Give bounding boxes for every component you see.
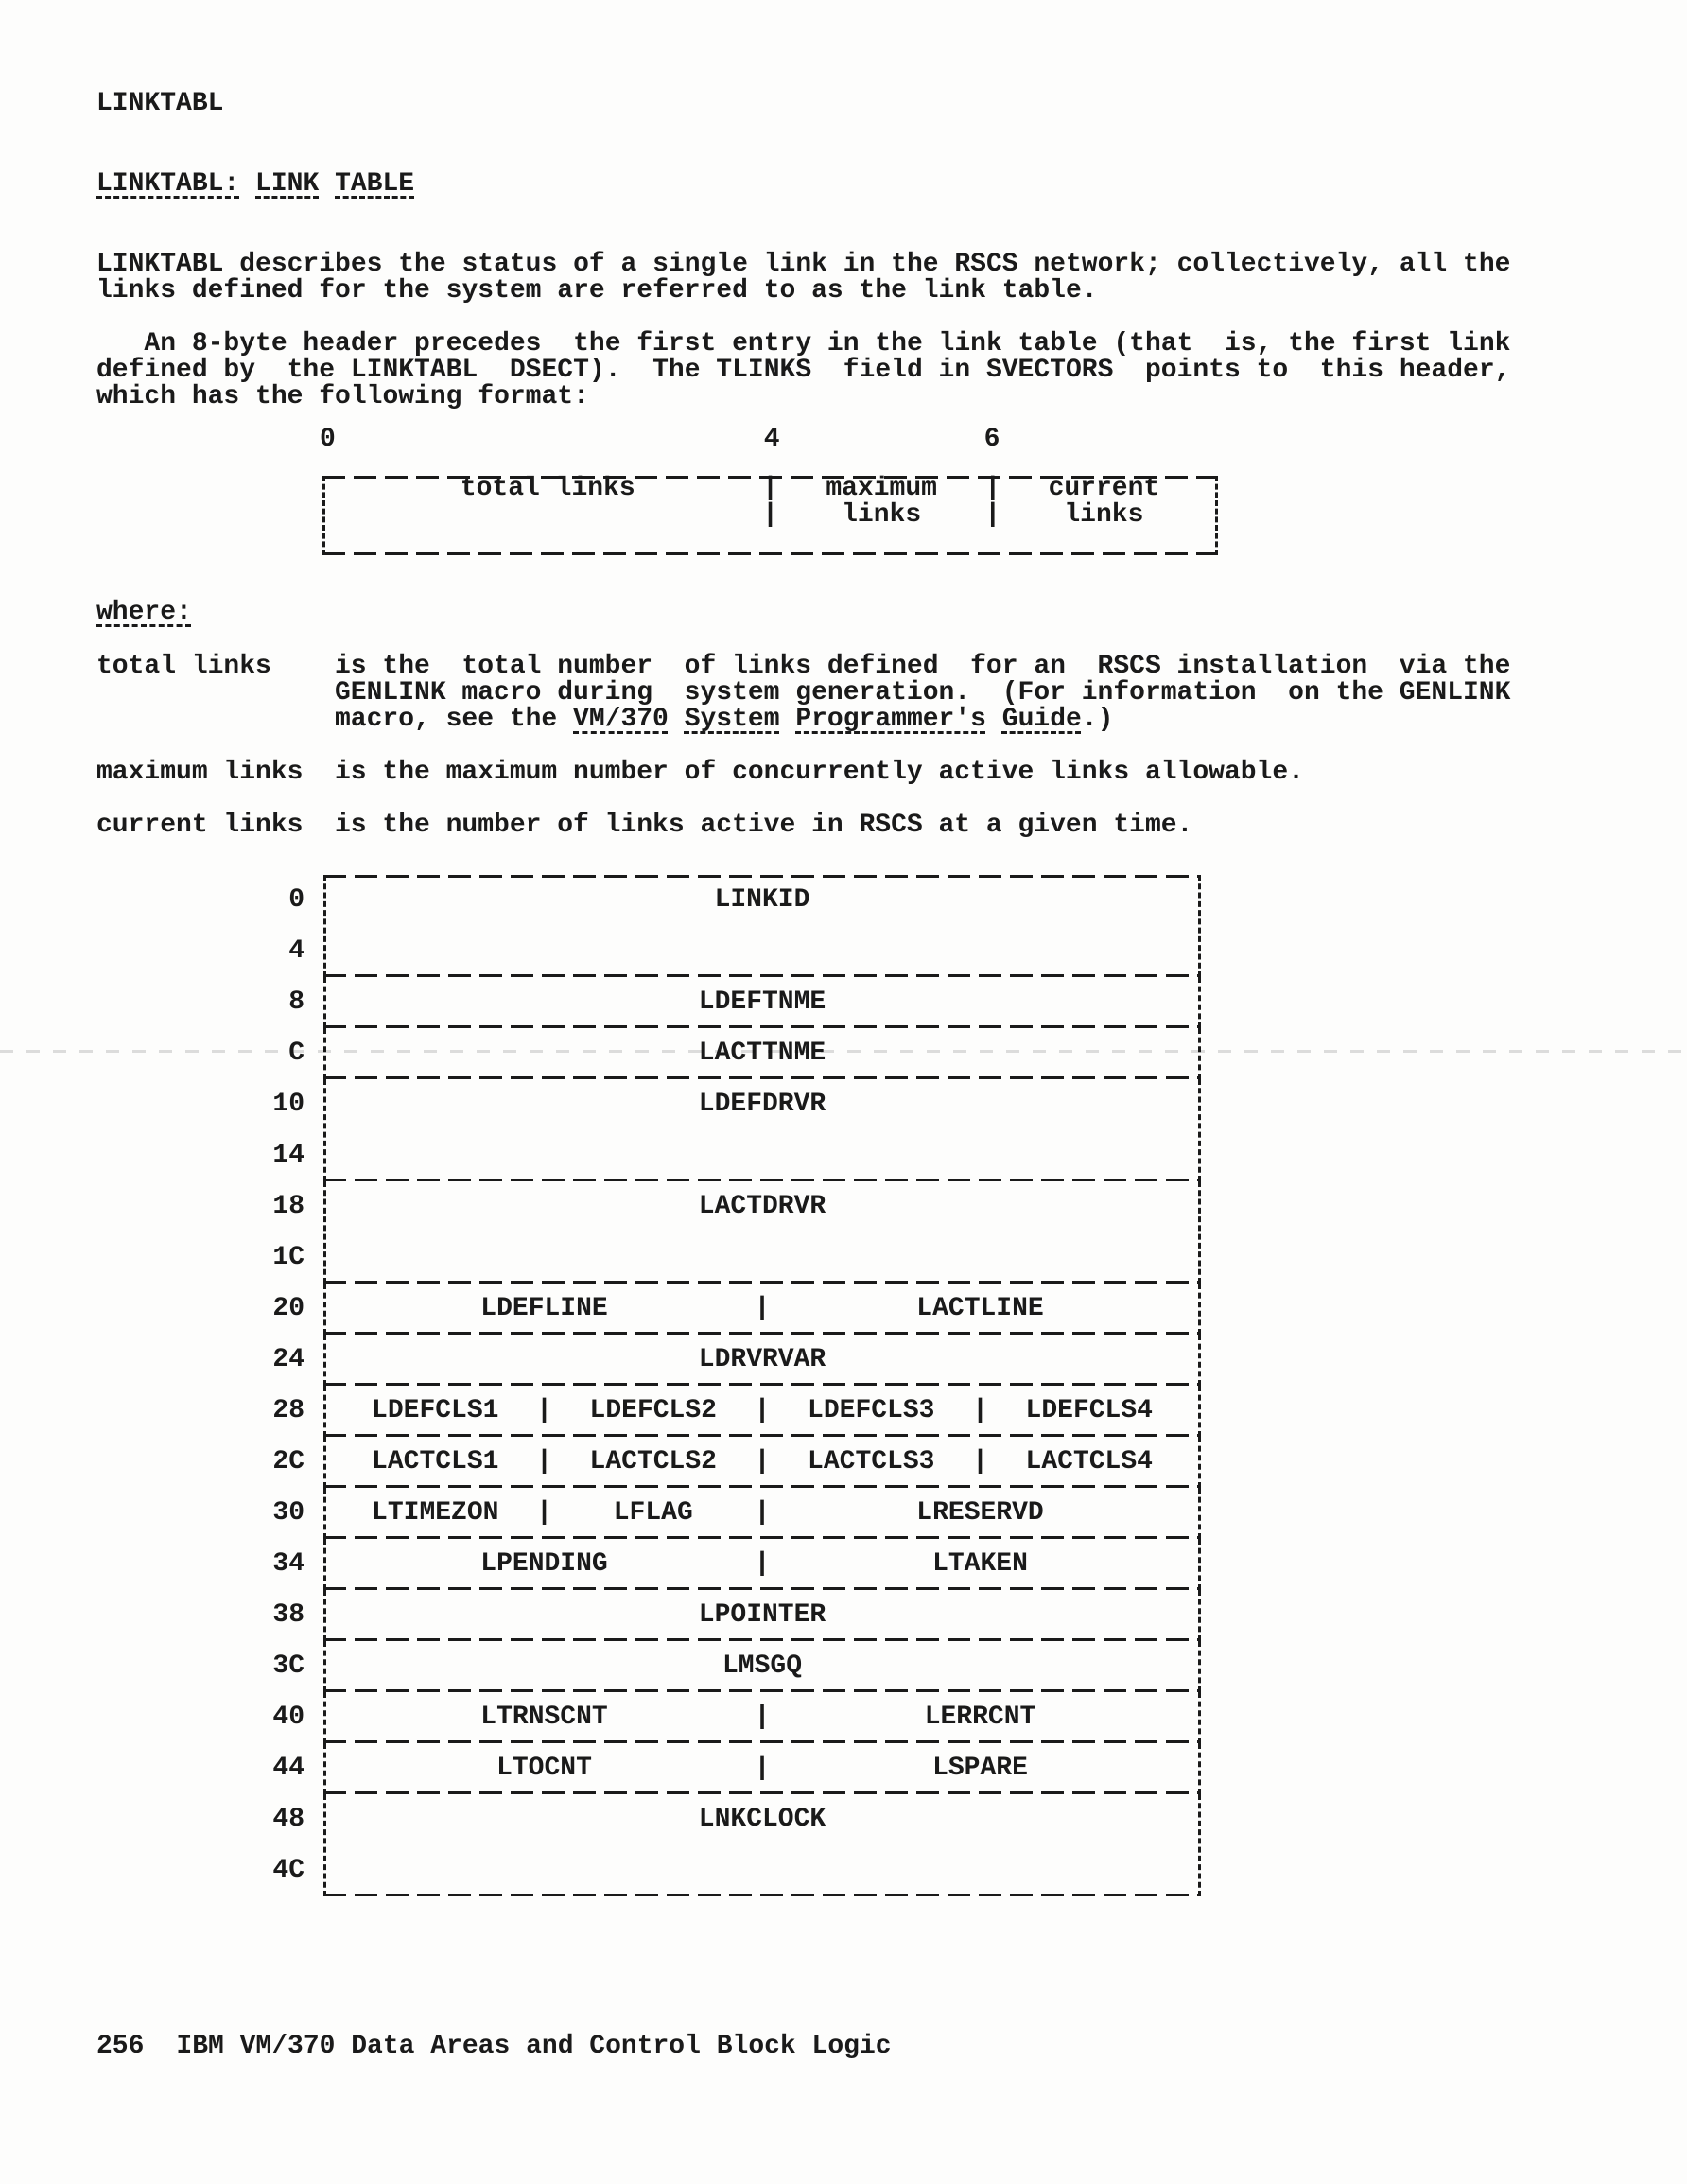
struct-row-offsets: 484C: [253, 1794, 323, 1896]
byte-offset-label: 40: [253, 1692, 304, 1743]
byte-offset-label: 24: [253, 1335, 304, 1386]
struct-row: 24LDRVRVAR: [253, 1335, 1201, 1386]
struct-row: 20LDEFLINE|LACTLINE: [253, 1284, 1201, 1335]
struct-row: 04LINKID: [253, 875, 1201, 977]
struct-row-cells: LACTCLS1|LACTCLS2|LACTCLS3|LACTCLS4: [323, 1437, 1201, 1488]
header-diagram-offsets: 046: [322, 427, 1218, 453]
definition-item: total linksis the total number of links …: [96, 654, 1510, 733]
byte-offset-label: 6: [984, 427, 1000, 453]
header-field-label: links: [993, 502, 1215, 529]
struct-row-cells: LTIMEZON|LFLAG|LRESERVD: [323, 1488, 1201, 1539]
definition-line: is the maximum number of concurrently ac…: [335, 760, 1304, 786]
struct-row: 28LDEFCLS1|LDEFCLS2|LDEFCLS3|LDEFCLS4: [253, 1386, 1201, 1437]
underlined-word: LINKTABL:: [96, 169, 239, 199]
byte-offset-label: C: [253, 1028, 304, 1079]
page-footer: 256IBM VM/370 Data Areas and Control Blo…: [96, 2034, 892, 2060]
byte-offset-label: 10: [253, 1079, 304, 1130]
field-ldrvrvar: LDRVRVAR: [326, 1335, 1198, 1386]
byte-offset-label: 1C: [253, 1232, 304, 1284]
struct-row-offsets: 181C: [253, 1181, 323, 1284]
definition-text: is the maximum number of concurrently ac…: [335, 760, 1304, 786]
struct-row-cells: LACTTNME: [323, 1028, 1201, 1079]
field-ldefcls1: LDEFCLS1: [326, 1386, 545, 1437]
byte-offset-label: 30: [253, 1488, 304, 1539]
struct-row: 38LPOINTER: [253, 1590, 1201, 1641]
struct-row: 8LDEFTNME: [253, 977, 1201, 1028]
struct-row-offsets: 8: [253, 977, 323, 1028]
byte-offset-label: 0: [253, 875, 304, 926]
underlined-word: where:: [96, 598, 192, 627]
struct-row-cells: LDEFCLS1|LDEFCLS2|LDEFCLS3|LDEFCLS4: [323, 1386, 1201, 1437]
struct-row: 3CLMSGQ: [253, 1641, 1201, 1692]
field-ltaken: LTAKEN: [762, 1539, 1198, 1590]
header-format-diagram: 046 total links|maximum|current|links|li…: [322, 427, 1218, 555]
byte-offset-label: 34: [253, 1539, 304, 1590]
struct-row-cells: LMSGQ: [323, 1641, 1201, 1692]
struct-row-offsets: 44: [253, 1743, 323, 1794]
header-diagram-box: total links|maximum|current|links|links: [322, 476, 1218, 555]
byte-offset-label: 3C: [253, 1641, 304, 1692]
page-number: 256: [96, 2032, 144, 2061]
field-ldefcls4: LDEFCLS4: [981, 1386, 1199, 1437]
field-lspare: LSPARE: [762, 1743, 1198, 1794]
struct-row: 484CLNKCLOCK: [253, 1794, 1201, 1896]
struct-row-offsets: 24: [253, 1335, 323, 1386]
definition-line: macro, see the VM/370 System Programmer'…: [335, 707, 1510, 733]
field-lreservd: LRESERVD: [762, 1488, 1198, 1539]
struct-row: 2CLACTCLS1|LACTCLS2|LACTCLS3|LACTCLS4: [253, 1437, 1201, 1488]
definition-item: current linksis the number of links acti…: [96, 812, 1510, 839]
byte-offset-label: 48: [253, 1794, 304, 1845]
struct-row-offsets: 30: [253, 1488, 323, 1539]
struct-row-cells: LDEFTNME: [323, 977, 1201, 1028]
running-header: LINKTABL: [96, 91, 223, 117]
struct-row-offsets: 34: [253, 1539, 323, 1590]
struct-row-cells: LINKID: [323, 875, 1201, 977]
struct-row-cells: LDEFDRVR: [323, 1079, 1201, 1181]
header-box-line: |links|links: [325, 502, 1215, 529]
field-ltrnscnt: LTRNSCNT: [326, 1692, 762, 1743]
header-box-line: total links|maximum|current: [325, 476, 1215, 502]
struct-row-cells: LDRVRVAR: [323, 1335, 1201, 1386]
byte-offset-label: 14: [253, 1130, 304, 1181]
field-ldefline: LDEFLINE: [326, 1284, 762, 1335]
scan-artifact-line: [0, 1050, 1687, 1053]
struct-row-cells: LPOINTER: [323, 1590, 1201, 1641]
field-lactcls4: LACTCLS4: [981, 1437, 1199, 1488]
definition-line: is the total number of links defined for…: [335, 654, 1510, 680]
field-ldefcls3: LDEFCLS3: [762, 1386, 981, 1437]
struct-row: 44LTOCNT|LSPARE: [253, 1743, 1201, 1794]
paragraph-line: links defined for the system are referre…: [96, 278, 1510, 305]
paragraph-line: An 8-byte header precedes the first entr…: [96, 331, 1510, 358]
footer-title: IBM VM/370 Data Areas and Control Block …: [176, 2032, 891, 2061]
field-ltimezon: LTIMEZON: [326, 1488, 545, 1539]
field-lflag: LFLAG: [545, 1488, 763, 1539]
definition-line: is the number of links active in RSCS at…: [335, 812, 1192, 839]
underlined-word: TABLE: [335, 169, 414, 199]
paragraph-line: which has the following format:: [96, 384, 1510, 411]
struct-row: 1014LDEFDRVR: [253, 1079, 1201, 1181]
field-lactline: LACTLINE: [762, 1284, 1198, 1335]
field-lmsgq: LMSGQ: [326, 1641, 1198, 1692]
header-field-label: maximum: [771, 476, 993, 502]
field-lerrcnt: LERRCNT: [762, 1692, 1198, 1743]
header-field-label: total links: [325, 476, 771, 502]
struct-row-cells: LPENDING|LTAKEN: [323, 1539, 1201, 1590]
byte-offset-label: 4: [253, 926, 304, 977]
field-lactdrvr: LACTDRVR: [326, 1181, 1198, 1232]
struct-row-cells: LTOCNT|LSPARE: [323, 1743, 1201, 1794]
page-title: LINKTABL: LINK TABLE: [96, 171, 414, 198]
header-field-label: links: [771, 502, 993, 529]
byte-offset-label: 44: [253, 1743, 304, 1794]
underlined-word: VM/370: [573, 705, 669, 734]
underlined-word: Guide: [1002, 705, 1082, 734]
struct-row-cells: LNKCLOCK: [323, 1794, 1201, 1896]
struct-row-offsets: 40: [253, 1692, 323, 1743]
struct-row: 34LPENDING|LTAKEN: [253, 1539, 1201, 1590]
struct-row: CLACTTNME: [253, 1028, 1201, 1079]
field-lacttnme: LACTTNME: [326, 1028, 1198, 1079]
struct-row-offsets: 28: [253, 1386, 323, 1437]
definition-text: is the number of links active in RSCS at…: [335, 812, 1192, 839]
field-lpointer: LPOINTER: [326, 1590, 1198, 1641]
header-field-label: current: [993, 476, 1215, 502]
underlined-word: LINK: [255, 169, 319, 199]
struct-row-offsets: 2C: [253, 1437, 323, 1488]
definition-item: maximum linksis the maximum number of co…: [96, 760, 1510, 786]
definition-term: total links: [96, 654, 335, 733]
byte-offset-label: 4C: [253, 1845, 304, 1896]
field-lnkclock: LNKCLOCK: [326, 1794, 1198, 1845]
intro-paragraph: LINKTABL describes the status of a singl…: [96, 252, 1510, 305]
struct-row-offsets: 20: [253, 1284, 323, 1335]
where-label: where:: [96, 600, 192, 626]
underlined-word: System: [685, 705, 780, 734]
byte-offset-label: 4: [764, 427, 780, 453]
underlined-word: Programmer's: [795, 705, 986, 734]
header-note-paragraph: An 8-byte header precedes the first entr…: [96, 331, 1510, 411]
struct-row-offsets: C: [253, 1028, 323, 1079]
field-ldefdrvr: LDEFDRVR: [326, 1079, 1198, 1130]
byte-offset-label: 8: [253, 977, 304, 1028]
field-linkid: LINKID: [326, 875, 1198, 926]
field-ltocnt: LTOCNT: [326, 1743, 762, 1794]
struct-row: 30LTIMEZON|LFLAG|LRESERVD: [253, 1488, 1201, 1539]
byte-offset-label: 0: [320, 427, 336, 453]
byte-offset-label: 38: [253, 1590, 304, 1641]
definition-text: is the total number of links defined for…: [335, 654, 1510, 733]
field-lactcls3: LACTCLS3: [762, 1437, 981, 1488]
field-lpending: LPENDING: [326, 1539, 762, 1590]
field-ldefcls2: LDEFCLS2: [545, 1386, 763, 1437]
byte-offset-label: 18: [253, 1181, 304, 1232]
struct-row-cells: LACTDRVR: [323, 1181, 1201, 1284]
struct-row-cells: LTRNSCNT|LERRCNT: [323, 1692, 1201, 1743]
paragraph-line: LINKTABL describes the status of a singl…: [96, 252, 1510, 278]
field-lactcls1: LACTCLS1: [326, 1437, 545, 1488]
definition-term: current links: [96, 812, 335, 839]
field-ldeftnme: LDEFTNME: [326, 977, 1198, 1028]
definitions-list: total linksis the total number of links …: [96, 654, 1510, 865]
paragraph-line: defined by the LINKTABL DSECT). The TLIN…: [96, 358, 1510, 384]
byte-offset-label: 2C: [253, 1437, 304, 1488]
definition-line: GENLINK macro during system generation. …: [335, 680, 1510, 707]
struct-row-offsets: 04: [253, 875, 323, 977]
struct-row-offsets: 3C: [253, 1641, 323, 1692]
struct-row-cells: LDEFLINE|LACTLINE: [323, 1284, 1201, 1335]
struct-row: 181CLACTDRVR: [253, 1181, 1201, 1284]
struct-row: 40LTRNSCNT|LERRCNT: [253, 1692, 1201, 1743]
struct-diagram: 04LINKID8LDEFTNMECLACTTNME1014LDEFDRVR18…: [253, 875, 1201, 1896]
byte-offset-label: 20: [253, 1284, 304, 1335]
struct-row-offsets: 38: [253, 1590, 323, 1641]
byte-offset-label: 28: [253, 1386, 304, 1437]
struct-row-offsets: 1014: [253, 1079, 323, 1181]
field-lactcls2: LACTCLS2: [545, 1437, 763, 1488]
definition-term: maximum links: [96, 760, 335, 786]
